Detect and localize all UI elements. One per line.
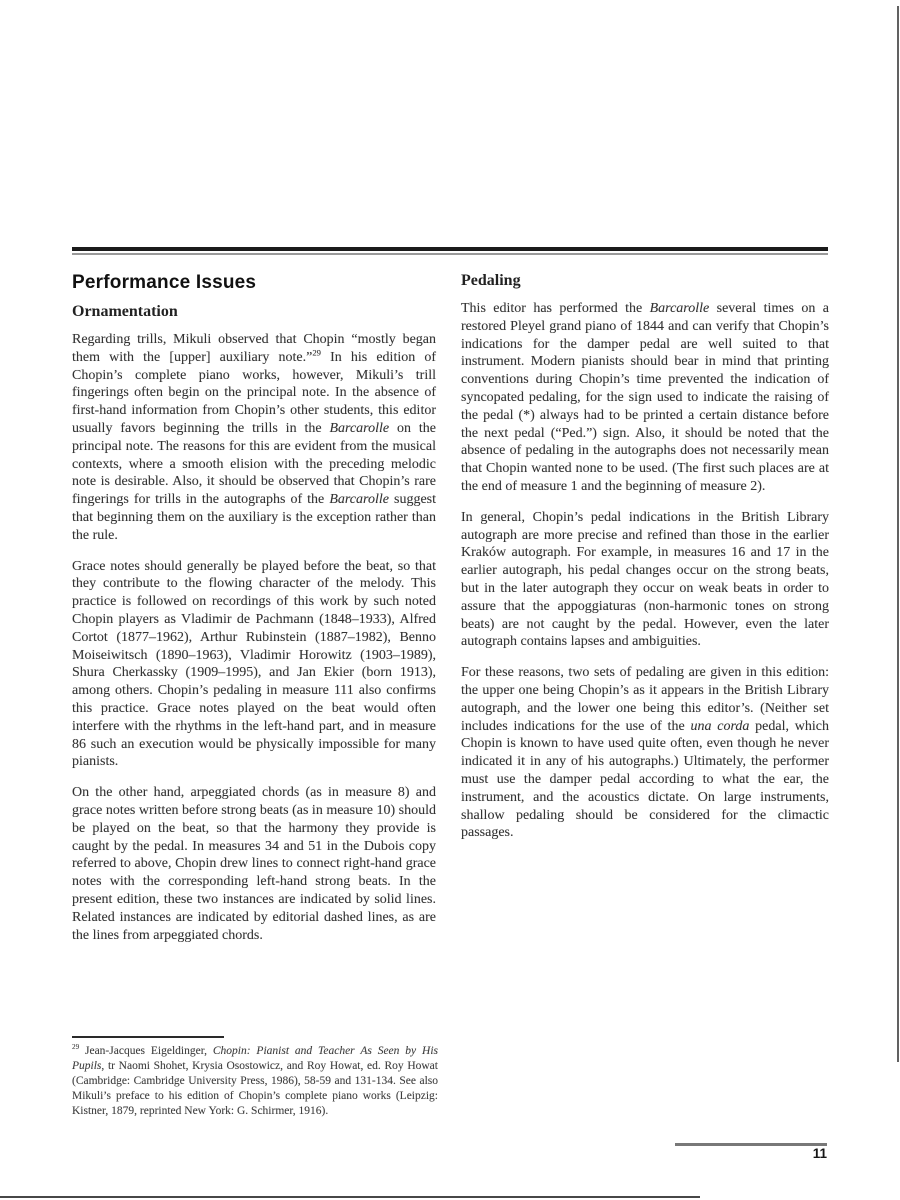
scan-artifact-right-edge [897, 6, 899, 1062]
page-number: 11 [675, 1147, 827, 1161]
paragraph-arpeggiated-chords: On the other hand, arpeggiated chords (a… [72, 784, 436, 944]
footnote-separator-rule [72, 1036, 224, 1038]
footnote-text: 29 Jean-Jacques Eigeldinger, Chopin: Pia… [72, 1044, 438, 1119]
section-divider-rule [72, 247, 828, 255]
divider-rule-gray-line [72, 253, 828, 255]
paragraph-two-sets-of-pedaling: For these reasons, two sets of pedaling … [461, 664, 829, 842]
right-column: Pedaling This editor has performed the B… [461, 271, 829, 957]
scan-artifact-bottom-edge [0, 1196, 700, 1198]
heading-ornamentation: Ornamentation [72, 302, 436, 321]
heading-pedaling: Pedaling [461, 271, 829, 290]
paragraph-grace-notes: Grace notes should generally be played b… [72, 558, 436, 772]
document-page: Performance Issues Ornamentation Regardi… [0, 0, 900, 1200]
paragraph-autograph-comparison: In general, Chopin’s pedal indications i… [461, 509, 829, 651]
paragraph-damper-pedal: This editor has performed the Barcarolle… [461, 300, 829, 496]
footnote-block: 29 Jean-Jacques Eigeldinger, Chopin: Pia… [72, 1036, 438, 1119]
paragraph-trills: Regarding trills, Mikuli observed that C… [72, 331, 436, 545]
footer-rule [675, 1143, 827, 1146]
two-column-layout: Performance Issues Ornamentation Regardi… [72, 271, 829, 957]
page-title: Performance Issues [72, 271, 436, 294]
left-column: Performance Issues Ornamentation Regardi… [72, 271, 436, 957]
